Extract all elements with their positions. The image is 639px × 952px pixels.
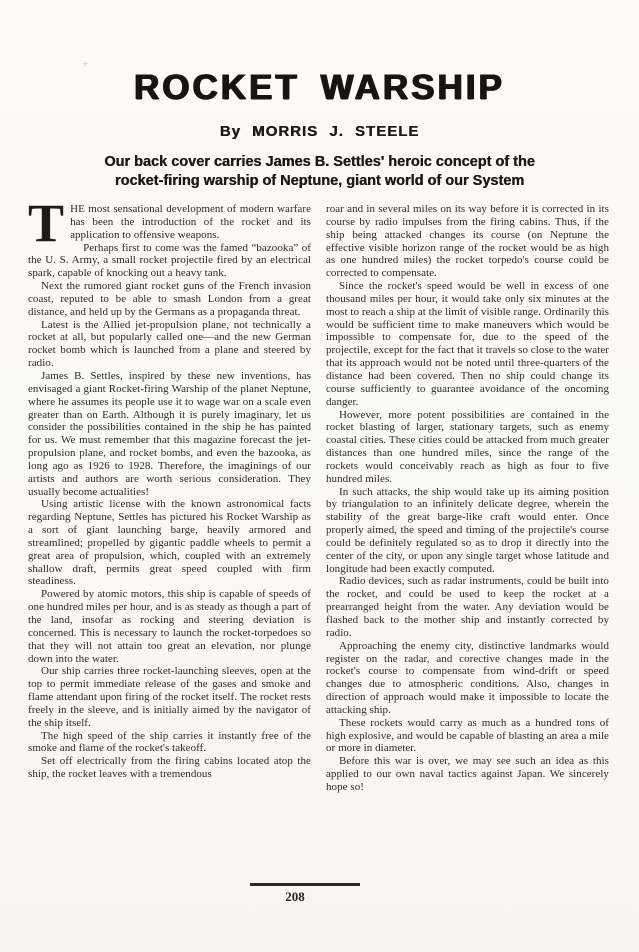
page-number: 208: [263, 889, 327, 905]
paragraph: These rockets would carry as much as a h…: [326, 717, 609, 756]
paragraph: Set off electrically from the firing cab…: [28, 755, 311, 781]
paragraph: Powered by atomic motors, this ship is c…: [28, 588, 311, 665]
article-header: ROCKET WARSHIP By MORRIS J. STEELE Our b…: [0, 0, 639, 190]
article-byline: By MORRIS J. STEELE: [0, 123, 639, 140]
paragraph: The high speed of the ship carries it in…: [28, 730, 311, 756]
article-subtitle: Our back cover carries James B. Settles'…: [0, 153, 639, 190]
subtitle-line-1: Our back cover carries James B. Settles'…: [0, 153, 639, 172]
paragraph: Perhaps first to come was the famed “baz…: [28, 242, 311, 281]
paragraph: Since the rocket's speed would be well i…: [326, 280, 609, 408]
subtitle-line-2: rocket-firing warship of Neptune, giant …: [0, 172, 639, 191]
paragraph: Approaching the enemy city, distinctive …: [326, 640, 609, 717]
article-body: THE most sensational development of mode…: [0, 203, 639, 794]
right-column: roar and in several miles on its way bef…: [326, 203, 609, 794]
paragraph: Our ship carries three rocket-launching …: [28, 665, 311, 729]
paragraph: roar and in several miles on its way bef…: [326, 203, 609, 280]
paragraph: Before this war is over, we may see such…: [326, 755, 609, 794]
footer-rule: [250, 883, 360, 886]
registration-mark-icon: +: [82, 58, 88, 70]
paragraph: Using artistic license with the known as…: [28, 498, 311, 588]
drop-cap: T: [28, 204, 64, 242]
magazine-page: + ROCKET WARSHIP By MORRIS J. STEELE Our…: [0, 0, 639, 952]
left-column: THE most sensational development of mode…: [28, 203, 311, 794]
paragraph: Latest is the Allied jet-propulsion plan…: [28, 319, 311, 370]
paragraph: However, more potent possibilities are c…: [326, 409, 609, 486]
paragraph: THE most sensational development of mode…: [28, 203, 311, 242]
paragraph: Next the rumored giant rocket guns of th…: [28, 280, 311, 319]
paragraph: Radio devices, such as radar instruments…: [326, 575, 609, 639]
paragraph: James B. Settles, inspired by these new …: [28, 370, 311, 498]
article-title: ROCKET WARSHIP: [0, 70, 639, 106]
paragraph: In such attacks, the ship would take up …: [326, 486, 609, 576]
